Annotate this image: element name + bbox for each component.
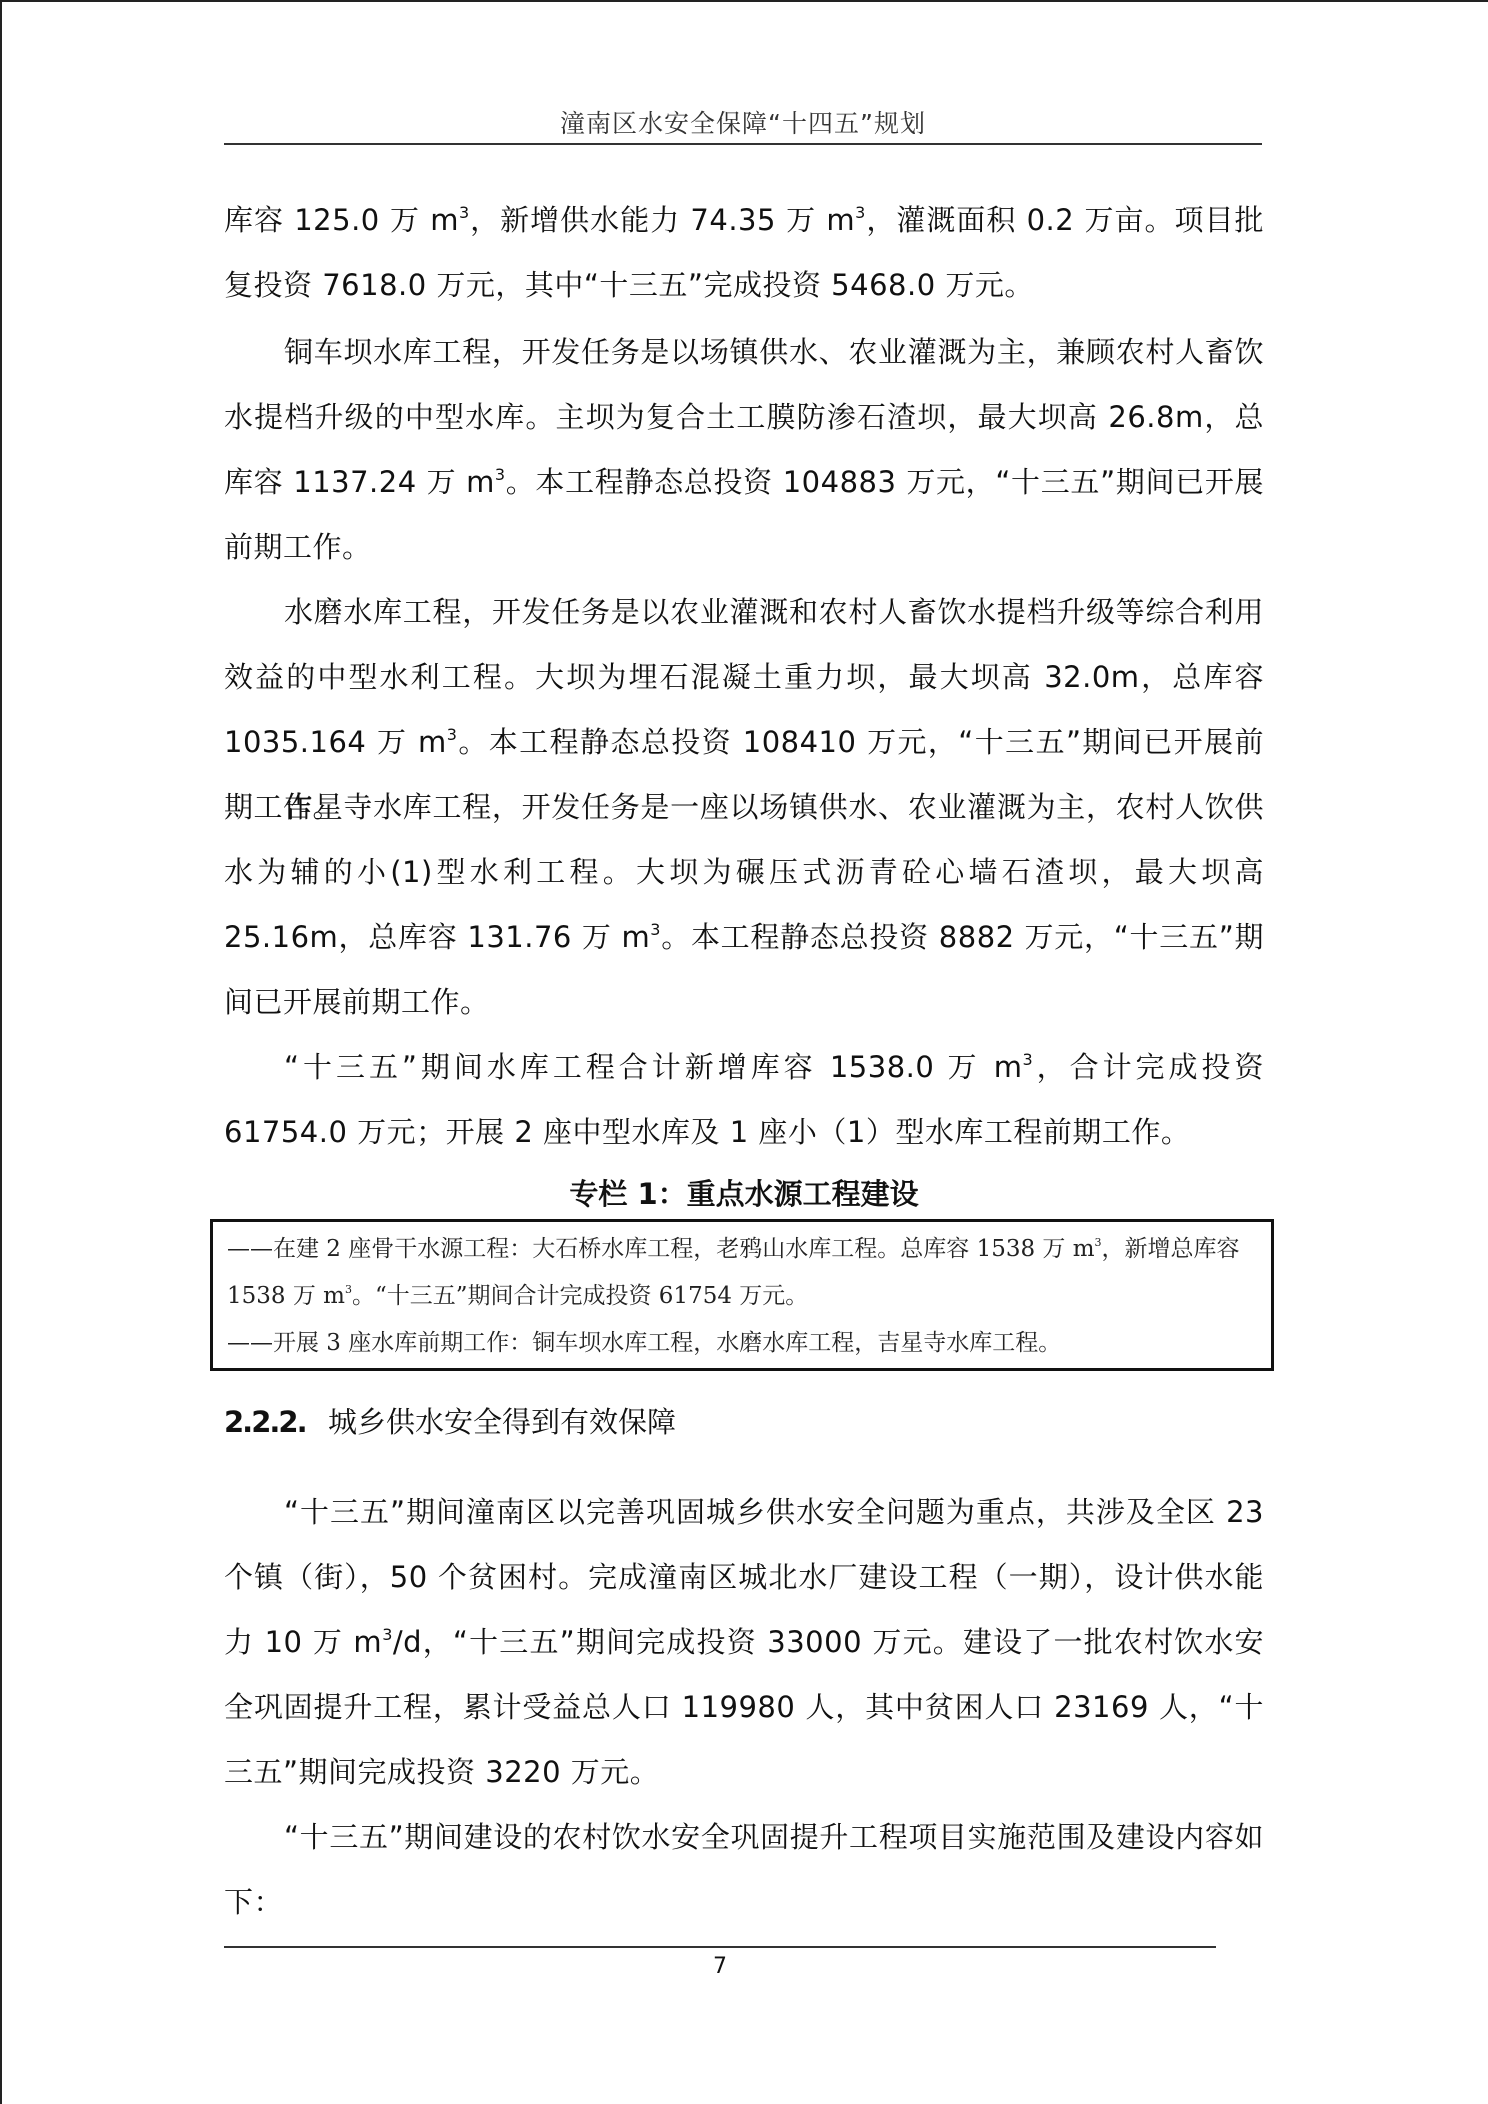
superscript: 3	[855, 203, 866, 222]
section-number: 2.2.2.	[224, 1397, 328, 1447]
superscript: 3	[345, 1283, 352, 1296]
text: “十三五”期间水库工程合计新增库容 1538.0 万 m	[284, 1050, 1022, 1084]
superscript: 3	[447, 725, 458, 744]
header-rule	[224, 143, 1262, 145]
text: ——开展 3 座水库前期工作：铜车坝水库工程，水磨水库工程，吉星寺水库工程。	[227, 1330, 1061, 1356]
superscript: 3	[495, 465, 506, 484]
text: 库容 125.0 万 m	[224, 203, 459, 237]
text: “十三五”期间建设的农村饮水安全巩固提升工程项目实施范围及建设内容如下：	[224, 1820, 1264, 1919]
page-border	[0, 0, 2, 2104]
text: ——在建 2 座骨干水源工程：大石桥水库工程，老鸦山水库工程。总库容 1538 …	[227, 1236, 1095, 1262]
paragraph: “十三五”期间建设的农村饮水安全巩固提升工程项目实施范围及建设内容如下：	[224, 1805, 1264, 1935]
box-title: 专栏 1：重点水源工程建设	[224, 1172, 1264, 1216]
text: 。“十三五”期间合计完成投资 61754 万元。	[352, 1283, 808, 1309]
paragraph: 吉星寺水库工程，开发任务是一座以场镇供水、农业灌溉为主，农村人饮供水为辅的小(1…	[224, 775, 1264, 1035]
page-border	[0, 0, 1488, 2]
superscript: 3	[650, 920, 661, 939]
superscript: 3	[459, 203, 470, 222]
superscript: 3	[1022, 1050, 1033, 1069]
box-line: ——开展 3 座水库前期工作：铜车坝水库工程，水磨水库工程，吉星寺水库工程。	[227, 1320, 1261, 1367]
running-header: 潼南区水安全保障“十四五”规划	[224, 104, 1262, 140]
box-line: ——在建 2 座骨干水源工程：大石桥水库工程，老鸦山水库工程。总库容 1538 …	[227, 1226, 1261, 1320]
section-title: 城乡供水安全得到有效保障	[328, 1405, 676, 1439]
paragraph: “十三五”期间潼南区以完善巩固城乡供水安全问题为重点，共涉及全区 23 个镇（街…	[224, 1480, 1264, 1805]
feature-box: ——在建 2 座骨干水源工程：大石桥水库工程，老鸦山水库工程。总库容 1538 …	[210, 1219, 1274, 1371]
page-number: 7	[224, 1954, 1216, 1979]
superscript: 3	[1095, 1236, 1102, 1249]
paragraph: 铜车坝水库工程，开发任务是以场镇供水、农业灌溉为主，兼顾农村人畜饮水提档升级的中…	[224, 320, 1264, 580]
section-heading: 2.2.2.城乡供水安全得到有效保障	[224, 1397, 676, 1447]
superscript: 3	[382, 1625, 393, 1644]
text: ，新增供水能力 74.35 万 m	[470, 203, 856, 237]
footer-rule	[224, 1946, 1216, 1948]
paragraph: “十三五”期间水库工程合计新增库容 1538.0 万 m3，合计完成投资 617…	[224, 1035, 1264, 1165]
paragraph: 库容 125.0 万 m3，新增供水能力 74.35 万 m3，灌溉面积 0.2…	[224, 188, 1264, 318]
